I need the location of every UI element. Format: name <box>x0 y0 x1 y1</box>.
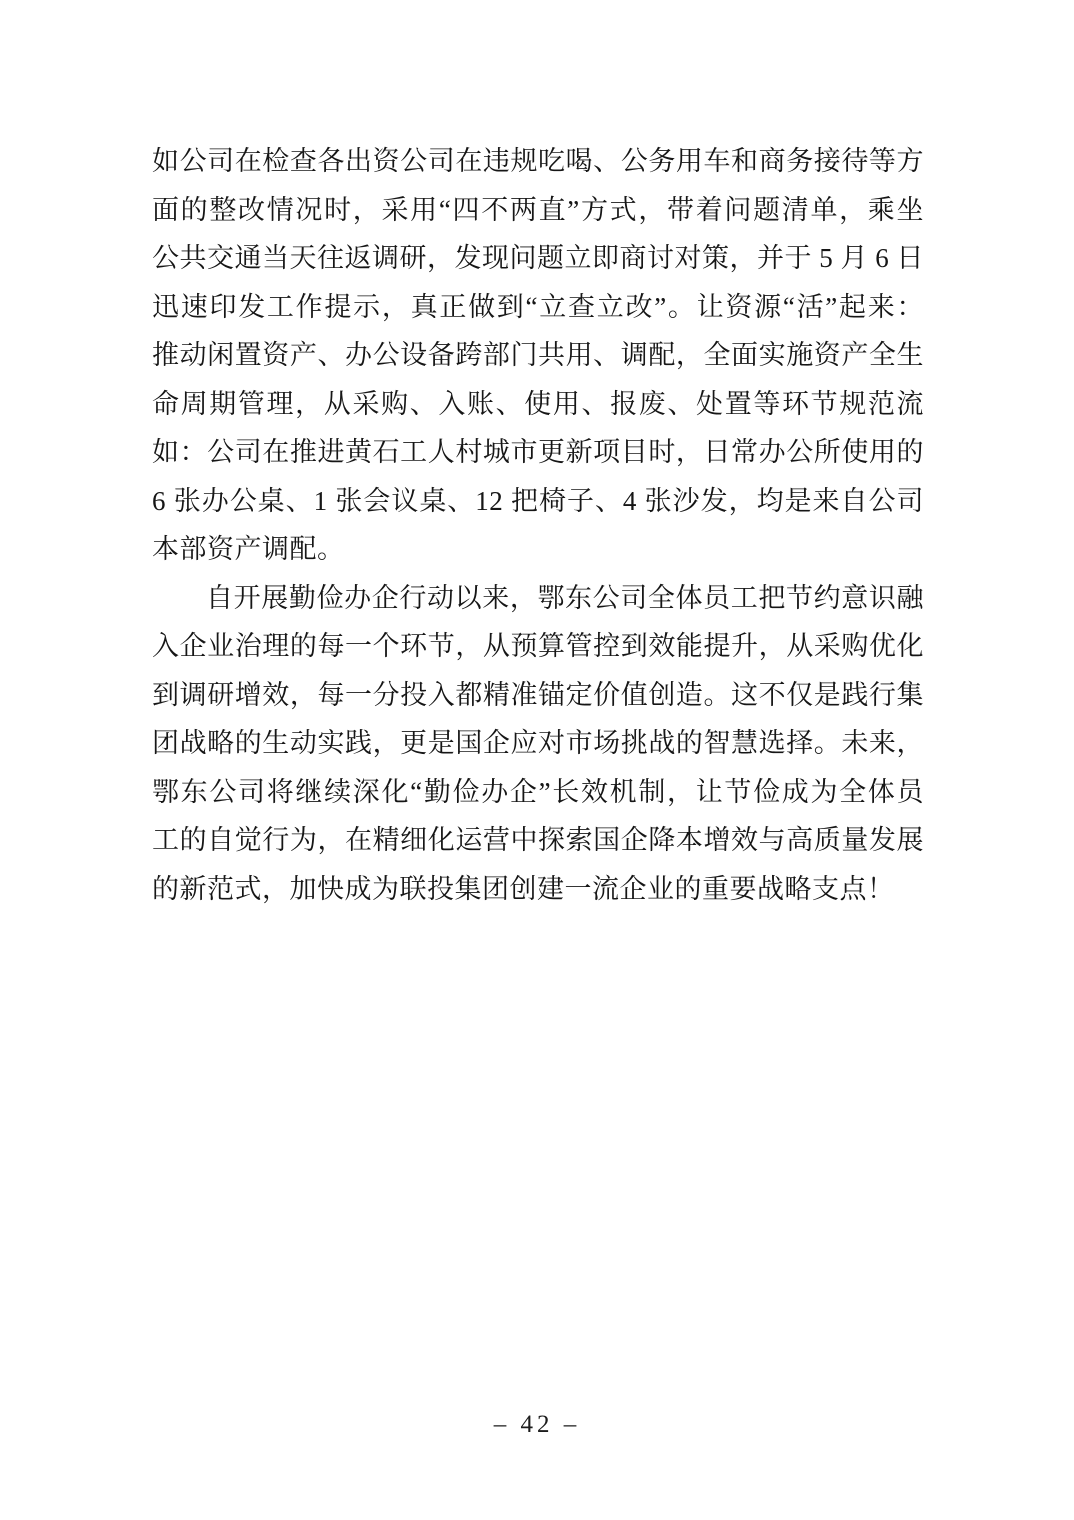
text-line: 面的整改情况时，采用“四不两直”方式，带着问题清单，乘坐 <box>152 186 924 235</box>
paragraph: 如公司在检查各出资公司在违规吃喝、公务用车和商务接待等方面的整改情况时，采用“四… <box>152 137 924 574</box>
text-line: 团战略的生动实践，更是国企应对市场挑战的智慧选择。未来， <box>152 719 924 768</box>
text-line: 公共交通当天往返调研，发现问题立即商讨对策，并于 5 月 6 日 <box>152 234 924 283</box>
text-line: 命周期管理，从采购、入账、使用、报废、处置等环节规范流程。 <box>152 380 924 429</box>
text-line: 鄂东公司将继续深化“勤俭办企”长效机制，让节俭成为全体员 <box>152 768 924 817</box>
text-line: 6 张办公桌、1 张会议桌、12 把椅子、4 张沙发，均是来自公司 <box>152 477 924 526</box>
page-number: – 42 – <box>494 1411 581 1438</box>
text-line: 如：公司在推进黄石工人村城市更新项目时，日常办公所使用的 <box>152 428 924 477</box>
text-line: 自开展勤俭办企行动以来，鄂东公司全体员工把节约意识融 <box>152 574 924 623</box>
text-line: 本部资产调配。 <box>152 525 924 574</box>
document-body: 如公司在检查各出资公司在违规吃喝、公务用车和商务接待等方面的整改情况时，采用“四… <box>152 137 924 913</box>
document-page: 如公司在检查各出资公司在违规吃喝、公务用车和商务接待等方面的整改情况时，采用“四… <box>0 0 1074 1520</box>
text-line: 到调研增效，每一分投入都精准锚定价值创造。这不仅是践行集 <box>152 671 924 720</box>
text-line: 工的自觉行为，在精细化运营中探索国企降本增效与高质量发展 <box>152 816 924 865</box>
page-footer: – 42 – <box>0 1405 1074 1445</box>
paragraph: 自开展勤俭办企行动以来，鄂东公司全体员工把节约意识融入企业治理的每一个环节，从预… <box>152 574 924 914</box>
text-line: 的新范式，加快成为联投集团创建一流企业的重要战略支点！ <box>152 865 924 914</box>
text-line: 如公司在检查各出资公司在违规吃喝、公务用车和商务接待等方 <box>152 137 924 186</box>
text-line: 推动闲置资产、办公设备跨部门共用、调配，全面实施资产全生 <box>152 331 924 380</box>
text-line: 入企业治理的每一个环节，从预算管控到效能提升，从采购优化 <box>152 622 924 671</box>
text-line: 迅速印发工作提示，真正做到“立查立改”。让资源“活”起来： <box>152 283 924 332</box>
